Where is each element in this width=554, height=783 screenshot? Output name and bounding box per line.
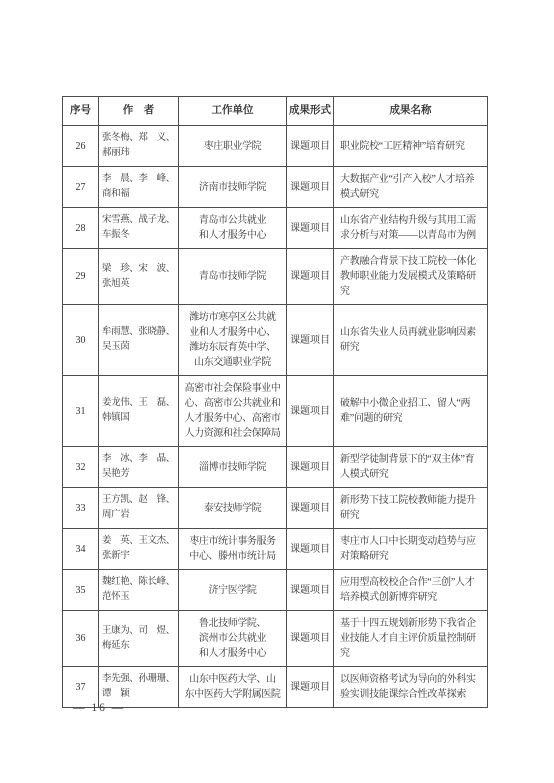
table-row: 26 张冬梅、郑 义、郝丽玮 枣庄职业学院 课题项目 职业院校“工匠精神”培育研…	[63, 126, 488, 167]
cell-result-title: 职业院校“工匠精神”培育研究	[334, 126, 488, 167]
column-header-authors: 作 者	[99, 97, 179, 126]
cell-result-title: 山东省产业结构升级与其用工需求分析与对策——以青岛市为例	[334, 208, 488, 249]
results-table: 序号 作 者 工作单位 成果形式 成果名称 26 张冬梅、郑 义、郝丽玮 枣庄职…	[62, 96, 488, 708]
cell-result-form: 课题项目	[287, 570, 334, 611]
cell-work-unit: 高密市社会保险事业中心、高密市公共就业和人才服务中心、高密市人力资源和社会保障局	[179, 376, 287, 447]
cell-authors: 李 晨、李 峰、商和福	[99, 167, 179, 208]
document-page: 序号 作 者 工作单位 成果形式 成果名称 26 张冬梅、郑 义、郝丽玮 枣庄职…	[0, 0, 554, 783]
column-header-result-form: 成果形式	[287, 97, 334, 126]
cell-work-unit: 枣庄市统计事务服务中心、滕州市统计局	[179, 529, 287, 570]
table-header-row: 序号 作 者 工作单位 成果形式 成果名称	[63, 97, 488, 126]
table-row: 30 牟雨慧、张晓静、吴玉茵 潍坊市寒亭区公共就业和人才服务中心、潍坊东辰育英中…	[63, 305, 488, 376]
cell-result-form: 课题项目	[287, 249, 334, 305]
cell-authors: 张冬梅、郑 义、郝丽玮	[99, 126, 179, 167]
cell-result-form: 课题项目	[287, 126, 334, 167]
cell-serial-number: 34	[63, 529, 99, 570]
column-header-work-unit: 工作单位	[179, 97, 287, 126]
cell-work-unit: 青岛市技师学院	[179, 249, 287, 305]
cell-result-title: 以医师资格考试为导向的外科实验实训技能课综合性改革探索	[334, 667, 488, 708]
cell-result-form: 课题项目	[287, 611, 334, 667]
cell-result-form: 课题项目	[287, 667, 334, 708]
cell-result-form: 课题项目	[287, 208, 334, 249]
cell-work-unit: 济宁医学院	[179, 570, 287, 611]
column-header-serial-number: 序号	[63, 97, 99, 126]
cell-authors: 魏红艳、陈长峰、范怀玉	[99, 570, 179, 611]
cell-serial-number: 31	[63, 376, 99, 447]
cell-work-unit: 济南市技师学院	[179, 167, 287, 208]
cell-authors: 王康为、司 煜、梅延东	[99, 611, 179, 667]
cell-serial-number: 35	[63, 570, 99, 611]
cell-serial-number: 33	[63, 488, 99, 529]
cell-serial-number: 30	[63, 305, 99, 376]
cell-work-unit: 鲁北技师学院、滨州市公共就业和人才服务中心	[179, 611, 287, 667]
cell-result-form: 课题项目	[287, 305, 334, 376]
table-row: 29 梁 珍、宋 波、张旭英 青岛市技师学院 课题项目 产教融合背景下技工院校一…	[63, 249, 488, 305]
cell-serial-number: 32	[63, 447, 99, 488]
table-row: 31 姜龙伟、王 磊、韩镇国 高密市社会保险事业中心、高密市公共就业和人才服务中…	[63, 376, 488, 447]
column-header-result-title: 成果名称	[334, 97, 488, 126]
cell-serial-number: 27	[63, 167, 99, 208]
table-row: 34 姜 英、王文杰、张新宇 枣庄市统计事务服务中心、滕州市统计局 课题项目 枣…	[63, 529, 488, 570]
cell-result-title: 应用型高校校企合作“三创”人才培养模式创新博弈研究	[334, 570, 488, 611]
cell-result-title: 破解中小微企业招工、留人“两难”问题的研究	[334, 376, 488, 447]
cell-result-title: 产教融合背景下技工院校一体化教师职业能力发展模式及策略研究	[334, 249, 488, 305]
cell-work-unit: 潍坊市寒亭区公共就业和人才服务中心、潍坊东辰育英中学、山东交通职业学院	[179, 305, 287, 376]
cell-serial-number: 36	[63, 611, 99, 667]
cell-result-title: 新型学徒制背景下的“双主体”育人模式研究	[334, 447, 488, 488]
table-row: 35 魏红艳、陈长峰、范怀玉 济宁医学院 课题项目 应用型高校校企合作“三创”人…	[63, 570, 488, 611]
cell-result-form: 课题项目	[287, 447, 334, 488]
table-row: 32 李 冰、李 晶、吴艳芳 淄博市技师学院 课题项目 新型学徒制背景下的“双主…	[63, 447, 488, 488]
cell-result-form: 课题项目	[287, 529, 334, 570]
cell-result-title: 基于十四五规划新形势下我省企业技能人才自主评价质量控制研究	[334, 611, 488, 667]
cell-result-title: 枣庄市人口中长期变动趋势与应对策略研究	[334, 529, 488, 570]
page-number: — 16 —	[73, 702, 125, 714]
table-row: 36 王康为、司 煜、梅延东 鲁北技师学院、滨州市公共就业和人才服务中心 课题项…	[63, 611, 488, 667]
table-row: 37 李先强、孙珊珊、谭 颖 山东中医药大学、山东中医药大学附属医院 课题项目 …	[63, 667, 488, 708]
cell-authors: 姜 英、王文杰、张新宇	[99, 529, 179, 570]
cell-authors: 李 冰、李 晶、吴艳芳	[99, 447, 179, 488]
table-row: 27 李 晨、李 峰、商和福 济南市技师学院 课题项目 大数据产业“引产入校”人…	[63, 167, 488, 208]
cell-serial-number: 28	[63, 208, 99, 249]
cell-work-unit: 泰安技师学院	[179, 488, 287, 529]
cell-result-title: 山东省失业人员再就业影响因素研究	[334, 305, 488, 376]
cell-result-form: 课题项目	[287, 376, 334, 447]
cell-work-unit: 山东中医药大学、山东中医药大学附属医院	[179, 667, 287, 708]
cell-result-form: 课题项目	[287, 167, 334, 208]
cell-serial-number: 26	[63, 126, 99, 167]
cell-result-form: 课题项目	[287, 488, 334, 529]
cell-result-title: 大数据产业“引产入校”人才培养模式研究	[334, 167, 488, 208]
table-row: 28 宋雪燕、战子龙、车振冬 青岛市公共就业和人才服务中心 课题项目 山东省产业…	[63, 208, 488, 249]
cell-authors: 梁 珍、宋 波、张旭英	[99, 249, 179, 305]
cell-work-unit: 枣庄职业学院	[179, 126, 287, 167]
cell-authors: 宋雪燕、战子龙、车振冬	[99, 208, 179, 249]
cell-serial-number: 29	[63, 249, 99, 305]
cell-authors: 王方凯、赵 锋、周广岩	[99, 488, 179, 529]
cell-work-unit: 青岛市公共就业和人才服务中心	[179, 208, 287, 249]
table-row: 33 王方凯、赵 锋、周广岩 泰安技师学院 课题项目 新形势下技工院校教师能力提…	[63, 488, 488, 529]
cell-authors: 姜龙伟、王 磊、韩镇国	[99, 376, 179, 447]
cell-result-title: 新形势下技工院校教师能力提升研究	[334, 488, 488, 529]
cell-work-unit: 淄博市技师学院	[179, 447, 287, 488]
cell-authors: 牟雨慧、张晓静、吴玉茵	[99, 305, 179, 376]
